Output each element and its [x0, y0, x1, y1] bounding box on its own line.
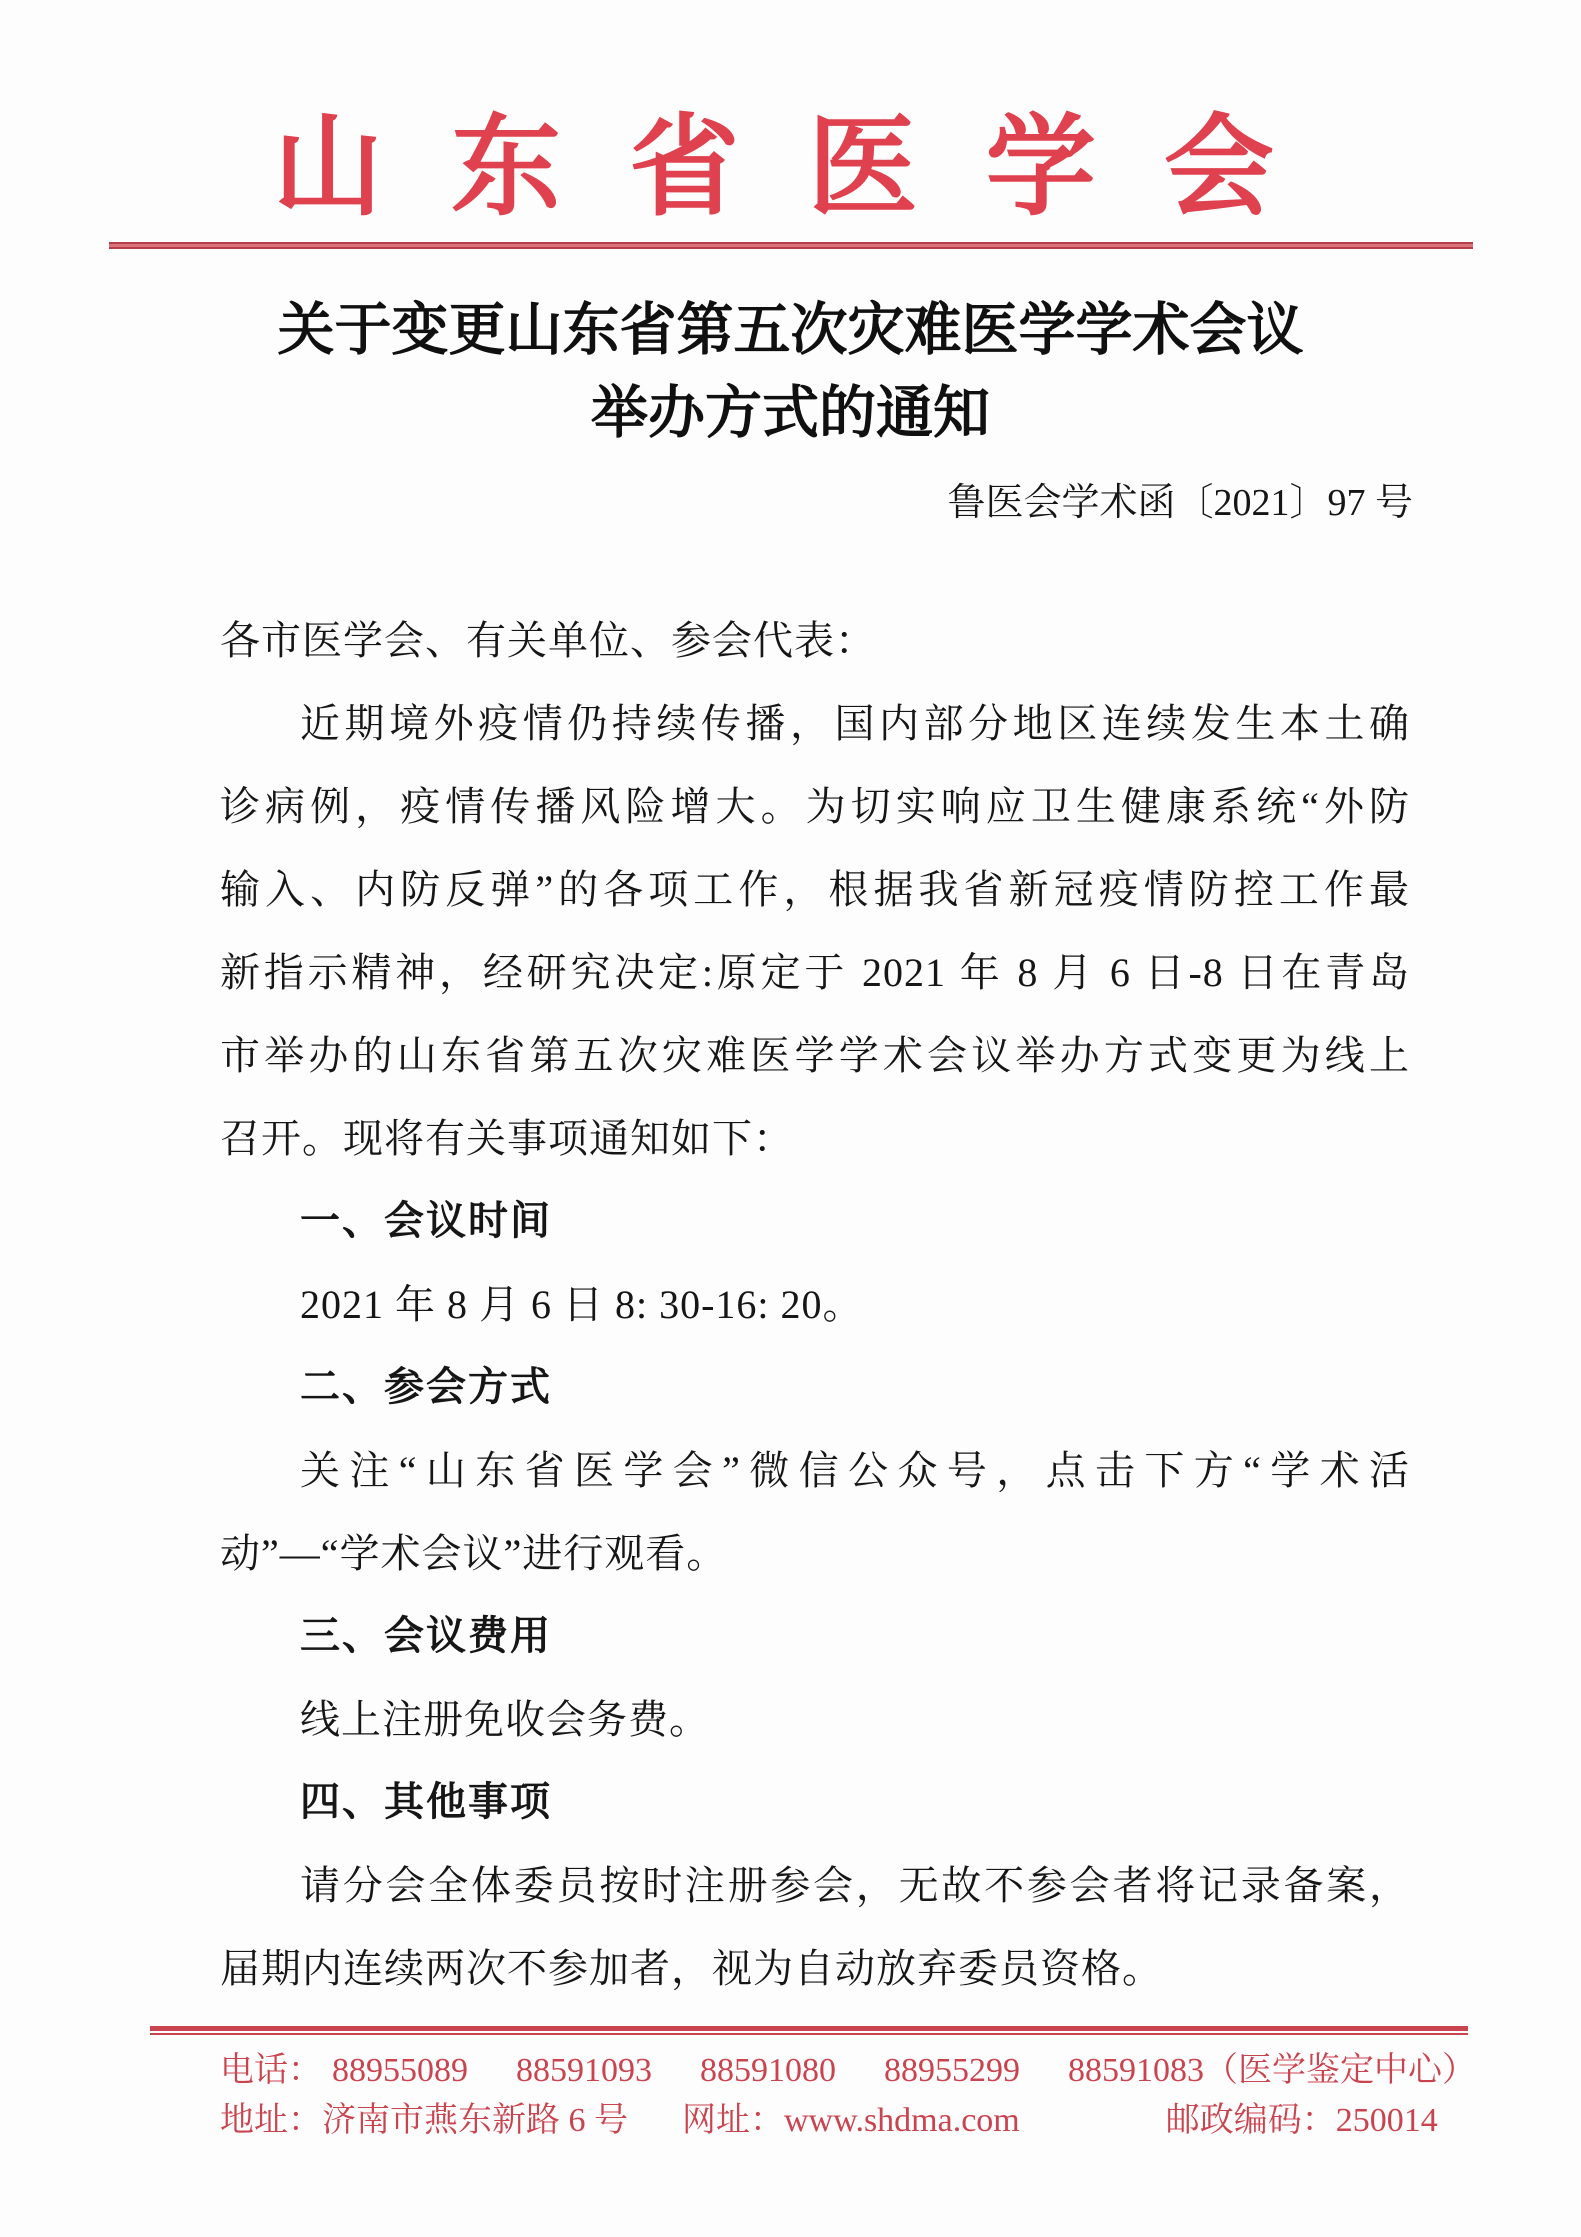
footer-address: 地址：济南市燕东新路 6 号 — [220, 2101, 628, 2141]
body-line: 届期内连续两次不参加者，视为自动放弃委员资格。 — [220, 1927, 1410, 2010]
body-line: 近期境外疫情仍持续传播，国内部分地区连续发生本土确 — [220, 682, 1410, 765]
phone-number: 88955089 — [332, 2051, 468, 2091]
document-title-line1: 关于变更山东省第五次灾难医学学术会议 — [0, 289, 1581, 372]
body-line: 市举办的山东省第五次灾难医学学术会议举办方式变更为线上 — [220, 1014, 1410, 1097]
footer-rule — [150, 2026, 1468, 2035]
document-title-line2: 举办方式的通知 — [0, 372, 1581, 455]
section-heading-2: 二、参会方式 — [220, 1346, 1410, 1429]
document-number: 鲁医会学术函〔2021〕97 号 — [0, 477, 1581, 529]
document-title: 关于变更山东省第五次灾难医学学术会议 举办方式的通知 — [0, 289, 1581, 455]
section-heading-1: 一、会议时间 — [220, 1180, 1410, 1263]
salutation-line: 各市医学会、有关单位、参会代表： — [220, 599, 1410, 682]
body-line: 输入、内防反弹”的各项工作，根据我省新冠疫情防控工作最 — [220, 848, 1410, 931]
body-line: 请分会全体委员按时注册参会，无故不参会者将记录备案， — [220, 1844, 1410, 1927]
phone-number: 88591093 — [516, 2051, 652, 2091]
body-line: 2021 年 8 月 6 日 8: 30-16: 20。 — [220, 1263, 1410, 1346]
footer-website: 网址：www.shdma.com — [682, 2101, 1020, 2141]
phone-number: 88955299 — [884, 2051, 1020, 2091]
document-page: 山东省医学会 关于变更山东省第五次灾难医学学术会议 举办方式的通知 鲁医会学术函… — [0, 0, 1581, 2237]
body-line: 新指示精神，经研究决定:原定于 2021 年 8 月 6 日-8 日在青岛 — [220, 931, 1410, 1014]
footer-phone-row: 电话： 88955089 88591093 88591080 88955299 … — [150, 2051, 1468, 2091]
phone-label: 电话： — [220, 2051, 322, 2091]
phone-number: 88591083（医学鉴定中心） — [1068, 2051, 1476, 2091]
document-body: 各市医学会、有关单位、参会代表： 近期境外疫情仍持续传播，国内部分地区连续发生本… — [220, 599, 1410, 2010]
letterhead-rule — [109, 242, 1473, 249]
footer-address-row: 地址：济南市燕东新路 6 号 网址：www.shdma.com 邮政编码：250… — [150, 2101, 1468, 2141]
body-line: 诊病例，疫情传播风险增大。为切实响应卫生健康系统“外防 — [220, 765, 1410, 848]
body-line: 线上注册免收会务费。 — [220, 1678, 1410, 1761]
phone-number: 88591080 — [700, 2051, 836, 2091]
body-line: 召开。现将有关事项通知如下： — [220, 1097, 1410, 1180]
body-line: 关注“山东省医学会”微信公众号，点击下方“学术活 — [220, 1429, 1410, 1512]
letterhead-footer: 电话： 88955089 88591093 88591080 88955299 … — [150, 2026, 1468, 2141]
section-heading-3: 三、会议费用 — [220, 1595, 1410, 1678]
letterhead-org-name: 山东省医学会 — [0, 0, 1581, 234]
footer-postcode: 邮政编码：250014 — [1166, 2101, 1438, 2141]
section-heading-4: 四、其他事项 — [220, 1761, 1410, 1844]
body-line: 动”—“学术会议”进行观看。 — [220, 1512, 1410, 1595]
